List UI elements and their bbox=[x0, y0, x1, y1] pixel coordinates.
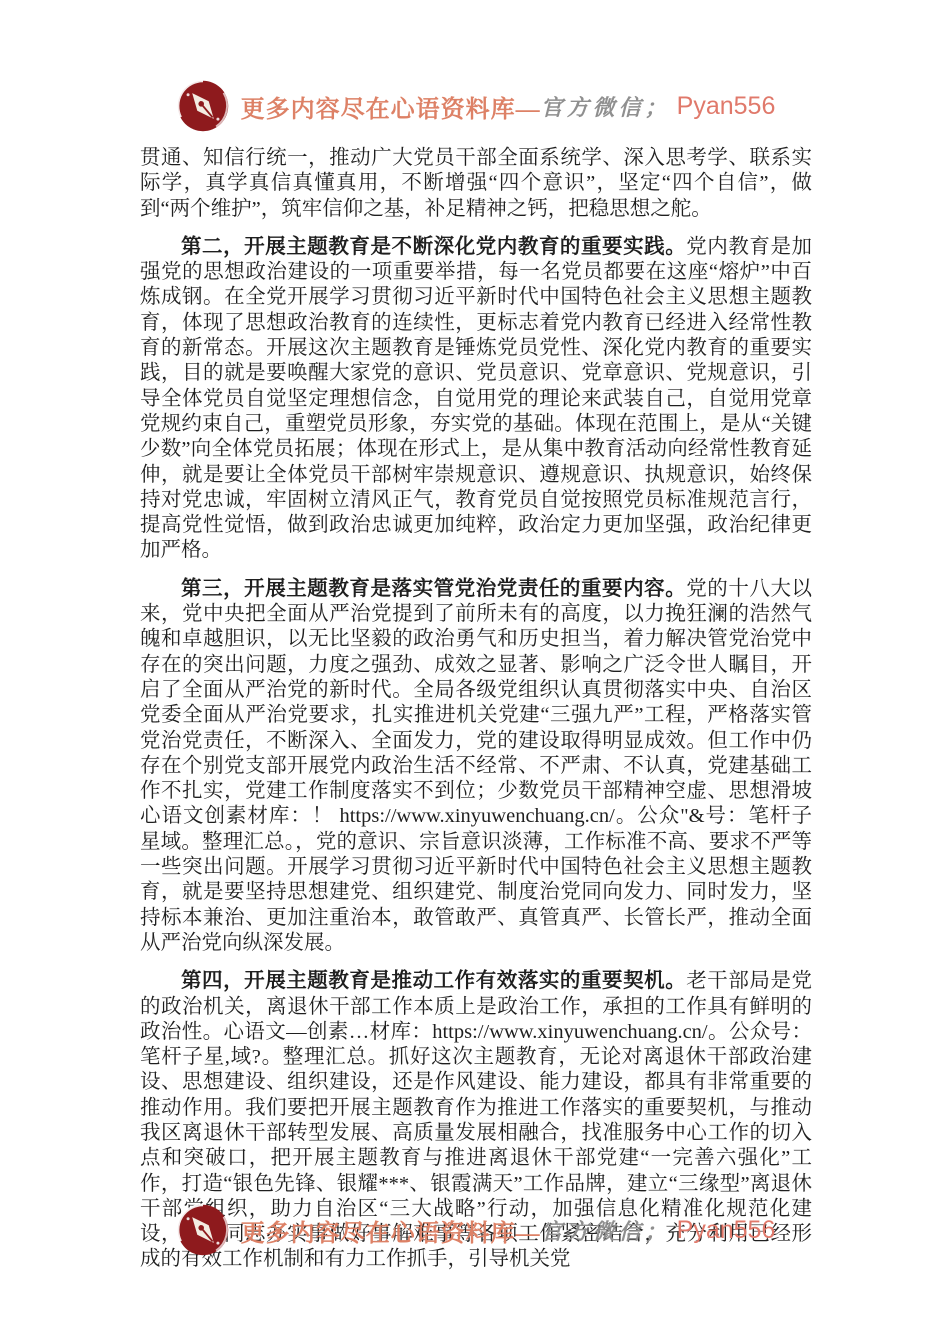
header-watermark: 更多内容尽在心语资料库— 官方微信； Pyan556 bbox=[0, 78, 950, 134]
footer-watermark: 更多内容尽在心语资料库— 官方微信； Pyan556 bbox=[0, 1202, 950, 1258]
paragraph-second: 第二，开展主题教育是不断深化党内教育的重要实践。党内教育是加强党的思想政治建设的… bbox=[140, 235, 812, 564]
paragraph-lead: 第三，开展主题教育是落实管党治党责任的重要内容。 bbox=[181, 578, 686, 600]
paragraph-continuation: 贯通、知信行统一，推动广大党员干部全面系统学、深入思考学、联系实际学，真学真信真… bbox=[140, 146, 812, 222]
brand-logo-pen-nib-icon bbox=[175, 78, 231, 134]
brand-logo-pen-nib-icon bbox=[175, 1202, 231, 1258]
paragraph-text: 党内教育是加强党的思想政治建设的一项重要举措，每一名党员都要在这座“熔炉”中百炼… bbox=[140, 236, 812, 562]
watermark-brand-text: 更多内容尽在心语资料库— bbox=[241, 1213, 541, 1248]
paragraph-text: 贯通、知信行统一，推动广大党员干部全面系统学、深入思考学、联系实际学，真学真信真… bbox=[140, 147, 812, 220]
watermark-channel-label: 官方微信； bbox=[541, 1215, 671, 1246]
watermark-channel-label: 官方微信； bbox=[541, 91, 671, 122]
paragraph-third: 第三，开展主题教育是落实管党治党责任的重要内容。党的十八大以来，党中央把全面从严… bbox=[140, 577, 812, 956]
watermark-brand-text: 更多内容尽在心语资料库— bbox=[241, 89, 541, 124]
paragraph-lead: 第二，开展主题教育是不断深化党内教育的重要实践。 bbox=[181, 236, 686, 258]
watermark-wechat-id: Pyan556 bbox=[677, 92, 776, 121]
paragraph-lead: 第四，开展主题教育是推动工作有效落实的重要契机。 bbox=[181, 970, 686, 992]
watermark-wechat-id: Pyan556 bbox=[677, 1216, 776, 1245]
paragraph-text: 党的十八大以来，党中央把全面从严治党提到了前所未有的高度，以力挽狂澜的浩然气魄和… bbox=[140, 578, 812, 954]
document-body: 贯通、知信行统一，推动广大党员干部全面系统学、深入思考学、联系实际学，真学真信真… bbox=[140, 146, 812, 1286]
